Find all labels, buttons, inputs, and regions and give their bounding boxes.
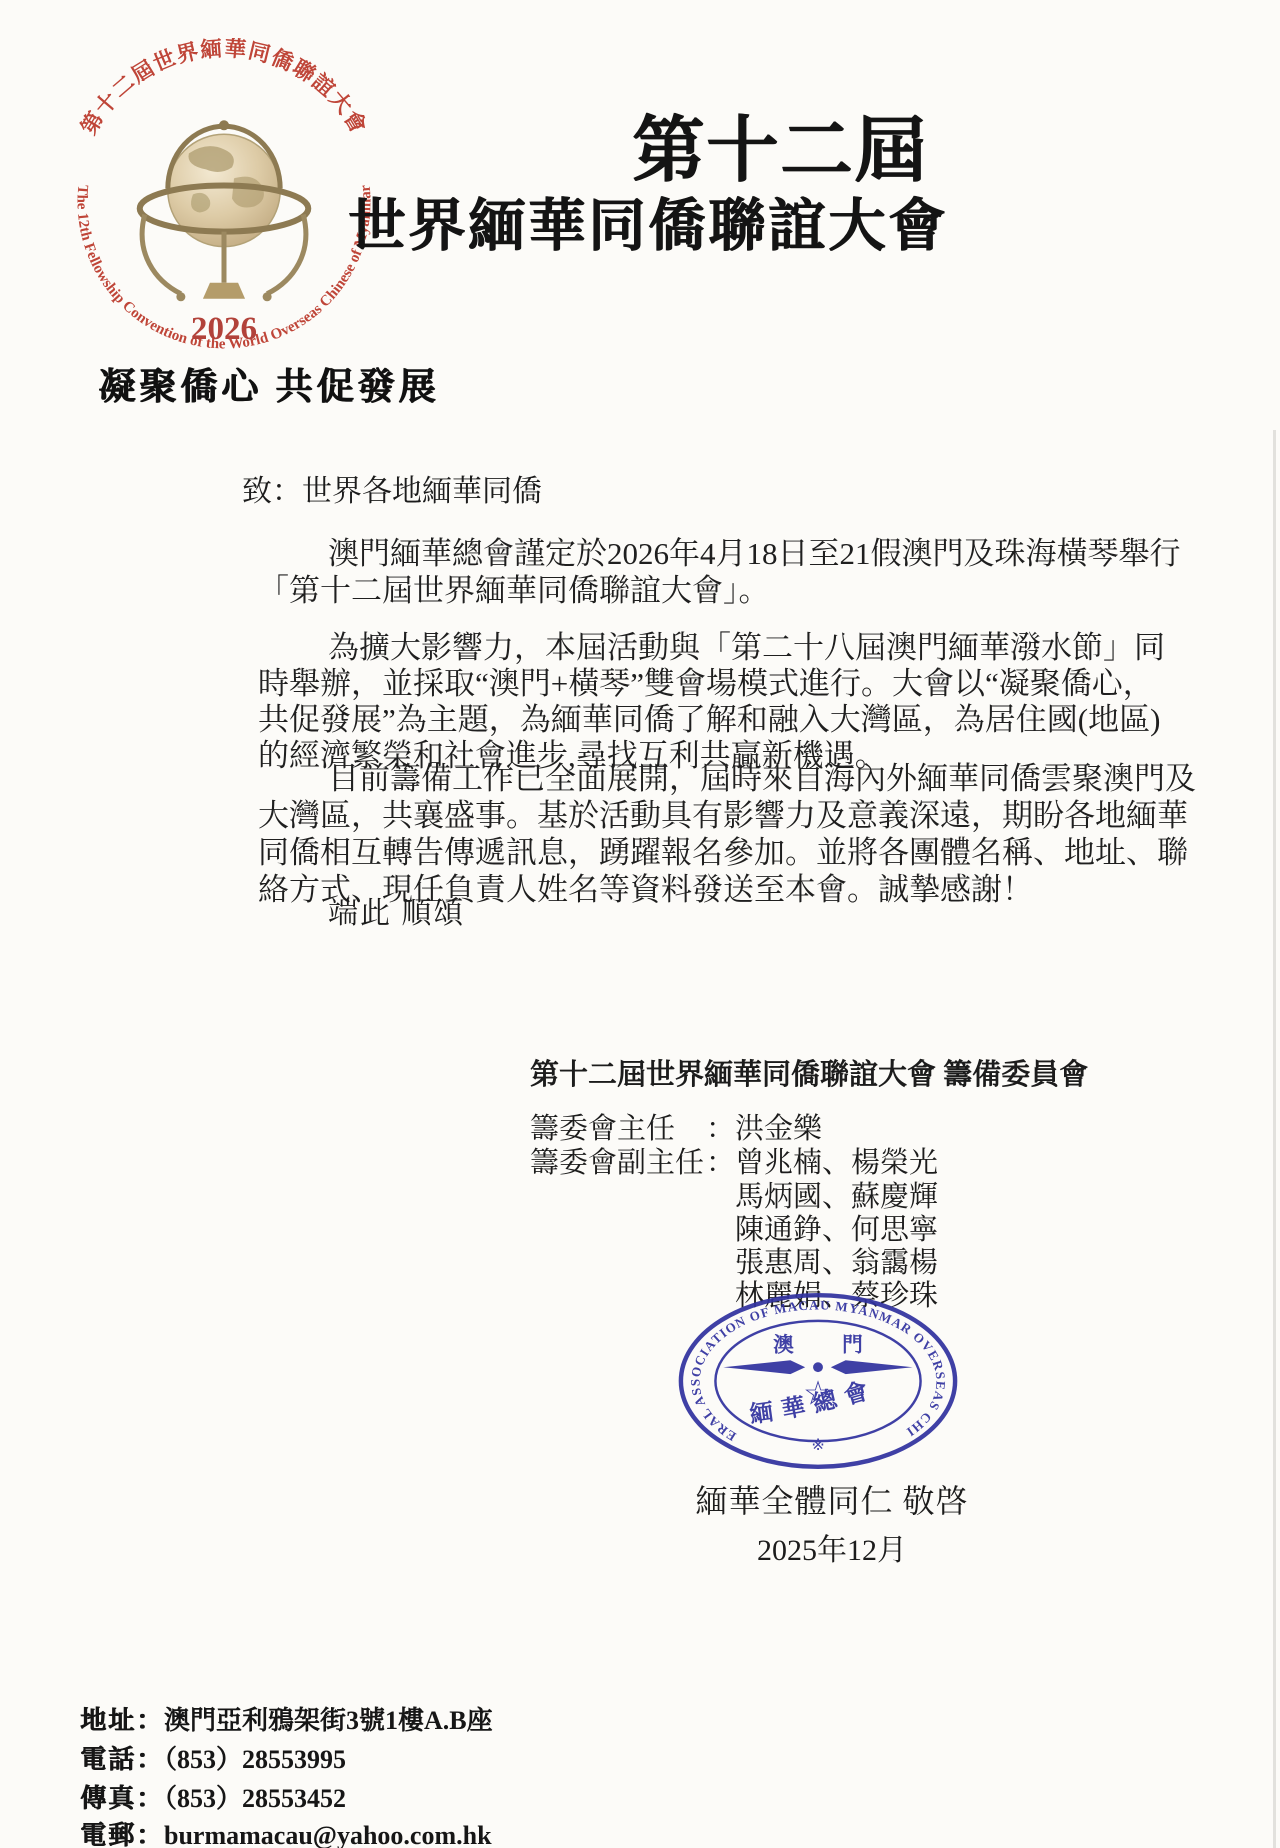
association-stamp: GENERAL ASSOCIATION OF MACAU MYANMAR OVE…: [674, 1290, 962, 1472]
footer-email-row: 電郵：burmamacau@yahoo.com.hk: [80, 1815, 492, 1848]
closing-phrase: 端此 順頌: [328, 888, 466, 932]
letter-title-line2: 世界緬華同僑聯誼大會: [348, 180, 948, 262]
address-label: 地址：: [80, 1706, 164, 1735]
phone-label: 電話：: [80, 1745, 164, 1774]
footer-phone-row: 電話：（853）28553995: [80, 1739, 346, 1776]
stamp-wings-icon: [723, 1360, 912, 1374]
letter-page: 第十二屆世界緬華同僑聯誼大會 The 12th Fellowship Conve…: [0, 0, 1280, 1848]
footer-fax-row: 傳真：（853）28553452: [80, 1778, 346, 1815]
stamp-bottom-mark: ※: [811, 1437, 824, 1454]
signoff-date: 2025年12月: [652, 1525, 1012, 1569]
logo-year: 2026: [191, 311, 257, 347]
fax-value: （853）28553452: [164, 1784, 346, 1813]
salutation: 致：世界各地緬華同僑: [242, 466, 542, 510]
paragraph1-line: 「第十二屆世界緬華同僑聯誼大會」。: [258, 565, 770, 610]
email-label: 電郵：: [80, 1821, 164, 1848]
scan-edge-artifact: [1273, 430, 1276, 1848]
fax-label: 傳真：: [80, 1784, 164, 1813]
signoff-block: 緬華全體同仁 敬啓 2025年12月: [652, 1476, 1012, 1569]
association-logo: 第十二屆世界緬華同僑聯誼大會 The 12th Fellowship Conve…: [68, 38, 380, 364]
phone-value: （853）28553995: [164, 1745, 346, 1774]
stamp-city-right: 門: [842, 1333, 863, 1356]
footer-address-row: 地址：澳門亞利鴉架街3號1樓A.B座: [80, 1700, 493, 1737]
stamp-city-left: 澳: [773, 1332, 794, 1356]
email-value: burmamacau@yahoo.com.hk: [164, 1821, 492, 1848]
committee-heading: 第十二屆世界緬華同僑聯誼大會 籌備委員會: [530, 1052, 1088, 1093]
slogan: 凝聚僑心 共促發展: [98, 356, 439, 410]
address-value: 澳門亞利鴉架街3號1樓A.B座: [164, 1706, 493, 1735]
globe-icon: [140, 120, 309, 301]
signoff-line: 緬華全體同仁 敬啓: [652, 1476, 1012, 1522]
